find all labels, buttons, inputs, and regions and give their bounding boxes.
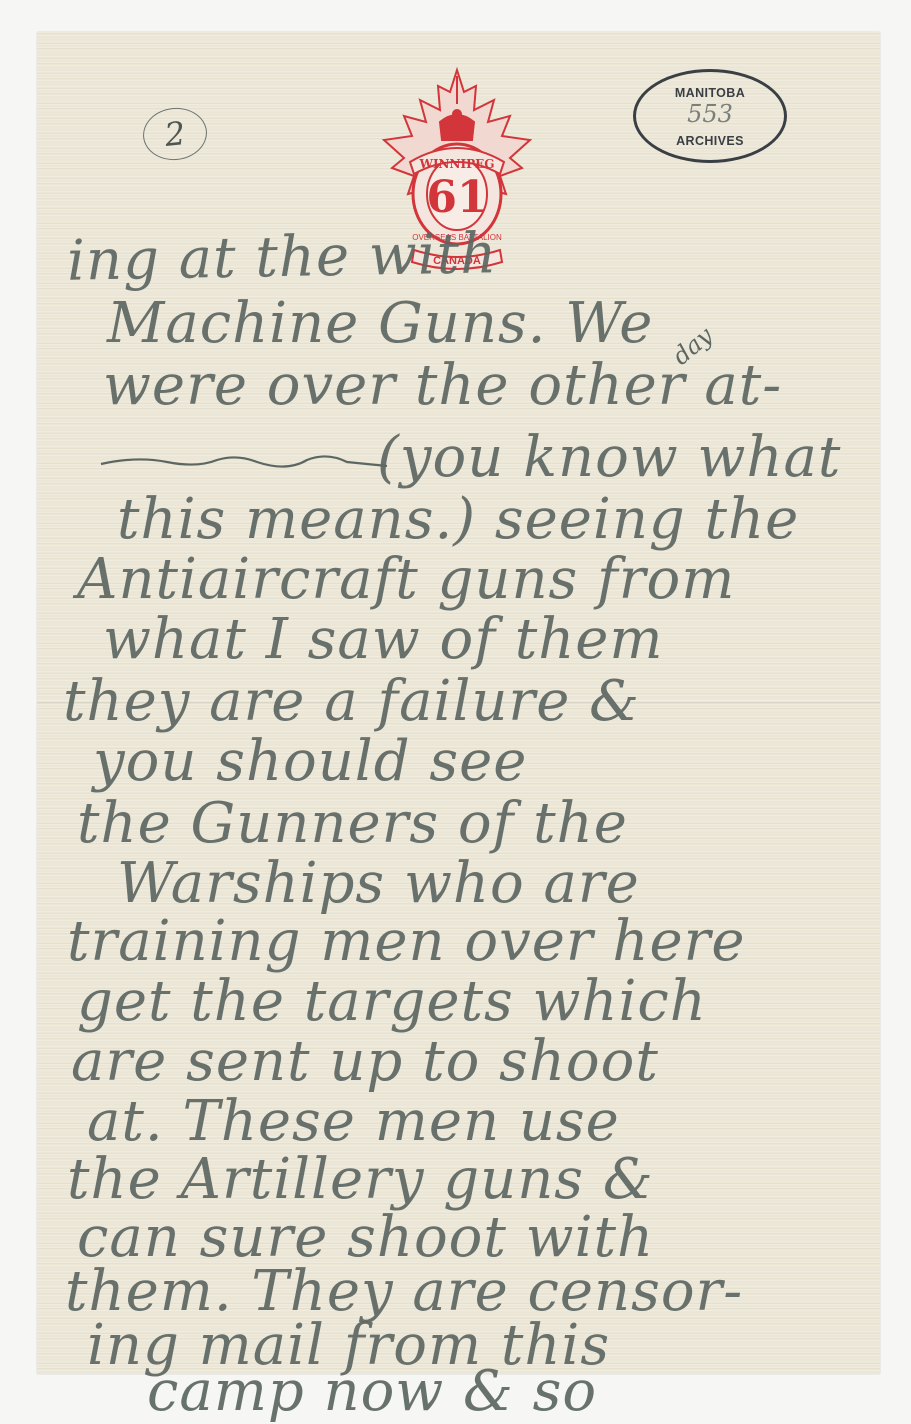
letter-body: ing at the with Machine Guns. We were ov…: [37, 32, 880, 1374]
handwritten-line: training men over here: [67, 912, 746, 972]
letter-page: 2 WINNIPEG 61 OVERSEAS BATTALION CANADA …: [37, 32, 880, 1374]
handwritten-line: Machine Guns. We: [107, 294, 653, 354]
handwritten-line: what I saw of them: [103, 610, 664, 670]
censored-place-squiggle-icon: [97, 442, 397, 482]
handwritten-line: the Artillery guns &: [67, 1150, 654, 1210]
handwritten-line: (you know what: [377, 428, 841, 488]
handwritten-line: Warships who are: [117, 854, 640, 914]
handwritten-line: Antiaircraft guns from: [77, 550, 735, 610]
handwritten-line: camp now & so: [147, 1362, 597, 1400]
handwritten-line: they are a failure &: [63, 672, 640, 732]
handwritten-line: you should see: [93, 732, 527, 792]
handwritten-line: at. These men use: [87, 1092, 620, 1152]
handwritten-line: ing at the with: [67, 224, 498, 291]
handwritten-line: the Gunners of the: [77, 794, 628, 854]
handwritten-line: get the targets which: [77, 972, 707, 1032]
handwritten-line: are sent up to shoot: [71, 1032, 659, 1092]
handwritten-line: this means.) seeing the: [117, 490, 799, 550]
